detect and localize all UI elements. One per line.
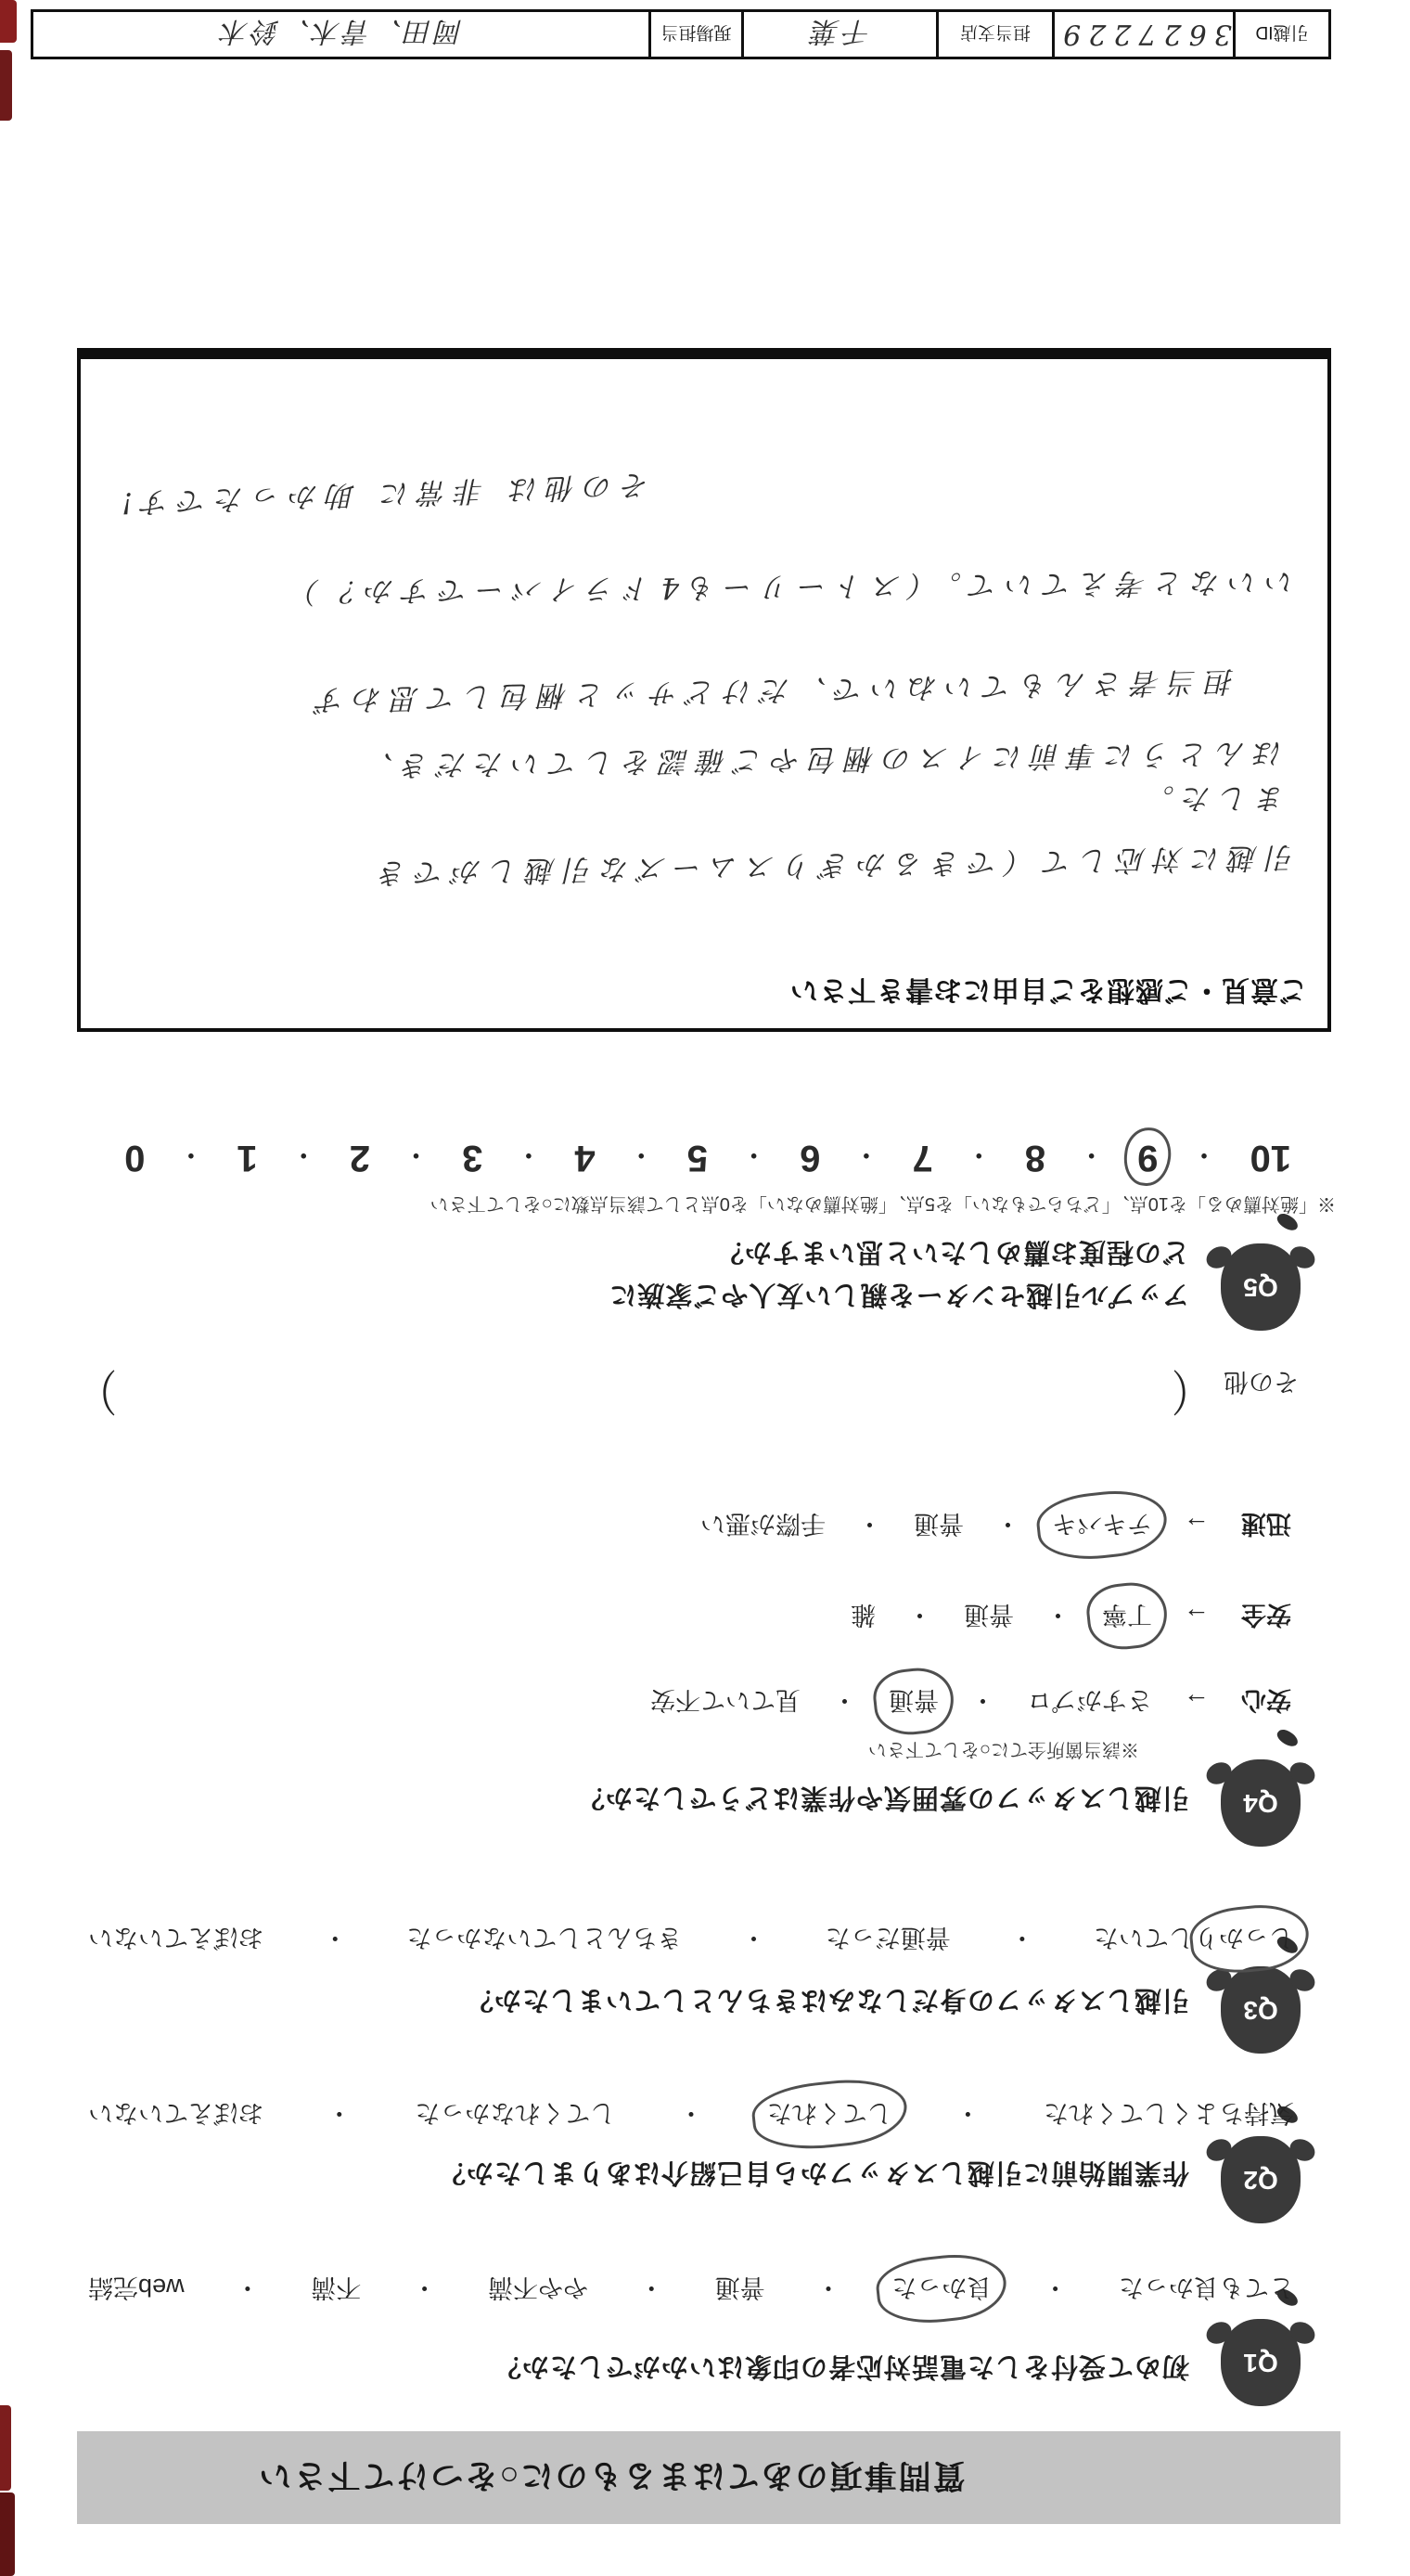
option-separator: ・ bbox=[323, 1922, 348, 1958]
question-icon-label: Q5 bbox=[1243, 1272, 1277, 1302]
arrow-right-icon: → bbox=[1184, 1603, 1210, 1632]
handwriting-line: 担当者さんもていねいで、だけどサッと梱包して思わず bbox=[308, 663, 1235, 725]
arrow-right-icon: → bbox=[1184, 1512, 1210, 1541]
option-separator: ・ bbox=[235, 2272, 260, 2308]
question-icon-q1: Q1 bbox=[1221, 2319, 1301, 2406]
question-note-q5: ※「絶対薦める」を10点、「どちらでもない」を5点、「絶対薦めない」を0点として… bbox=[430, 1192, 1336, 1219]
question-icon-q2: Q2 bbox=[1221, 2136, 1301, 2223]
question-title-q5-line1: アップル引越センターを親しい友人やご家族に bbox=[609, 1278, 1189, 1316]
option: してくれなかった bbox=[415, 2097, 615, 2133]
paren-open: （ bbox=[1172, 1359, 1211, 1429]
question-icon-label: Q1 bbox=[1243, 2348, 1277, 2377]
option-separator: ・ bbox=[857, 1508, 882, 1544]
nps-number: 7 bbox=[912, 1137, 932, 1179]
q4-other-row: その他（） bbox=[78, 1366, 1299, 1422]
question-title-q5-line2: どの程度お薦めしたいと思いますか？ bbox=[716, 1235, 1189, 1273]
nps-number: 4 bbox=[574, 1137, 595, 1179]
footer-value: 岡田、青木、鈴木 bbox=[33, 12, 651, 57]
question-title-q3: 引越しスタッフの身だしなみはきちんとしていましたか？ bbox=[466, 1983, 1189, 2021]
option-separator: ・ bbox=[515, 1138, 543, 1179]
option-separator: ・ bbox=[327, 2097, 352, 2133]
nps-number: 6 bbox=[800, 1137, 820, 1179]
question-icon-q4: Q4 bbox=[1221, 1759, 1301, 1847]
question-icon-q3: Q3 bbox=[1221, 1966, 1301, 2054]
option: おぼえていない bbox=[88, 2097, 263, 2133]
q4-row-迅速: 迅速→テキパキ・普通・手際が悪い bbox=[700, 1508, 1291, 1544]
mascot-tail-icon bbox=[1275, 1726, 1301, 1750]
option-separator: ・ bbox=[679, 2097, 704, 2133]
footer-value: 千葉 bbox=[744, 12, 939, 57]
q4-row-安全: 安全→丁寧・普通・雑 bbox=[851, 1599, 1291, 1635]
question-icon-q5: Q5 bbox=[1221, 1243, 1301, 1331]
option: 手際が悪い bbox=[700, 1508, 826, 1544]
option-separator: ・ bbox=[852, 1138, 880, 1179]
option-separator: ・ bbox=[740, 1138, 768, 1179]
nps-number: 5 bbox=[687, 1137, 708, 1179]
option-separator: ・ bbox=[289, 1138, 317, 1179]
option-separator: ・ bbox=[1190, 1138, 1218, 1179]
question-title-q2: 作業開始前に引越しスタッフから自己紹介はありましたか？ bbox=[438, 2156, 1189, 2194]
q4-row-安心: 安心→さすがプロ・普通・見ていて不安 bbox=[650, 1684, 1291, 1720]
options-row-q1: とても良かった・良かった・普通・やや不満・不満・web完結 bbox=[88, 2272, 1294, 2308]
scan-edge-artifact bbox=[0, 50, 12, 121]
circled-option: 普通 bbox=[889, 1684, 939, 1720]
other-label: その他 bbox=[1224, 1366, 1299, 1402]
option: 普通 bbox=[914, 1508, 964, 1544]
footer-value: 3627229 bbox=[1055, 12, 1236, 57]
nps-number: 1 bbox=[237, 1137, 257, 1179]
q4-row-label: 安心 bbox=[1241, 1684, 1291, 1720]
option-separator: ・ bbox=[955, 2097, 981, 2133]
option: 普通 bbox=[715, 2272, 765, 2308]
option: 不満 bbox=[311, 2272, 361, 2308]
scan-edge-artifact bbox=[0, 0, 17, 43]
option: さすがプロ bbox=[1027, 1684, 1152, 1720]
option-separator: ・ bbox=[907, 1599, 932, 1635]
option-separator: ・ bbox=[1045, 1599, 1070, 1635]
comment-box: ご意見・ご感想をご自由にお書き下さい 引越に対応して（できるかぎりスムーズな引越… bbox=[77, 348, 1331, 1032]
option: おぼえていない bbox=[88, 1922, 263, 1958]
footer-label: 現場担当 bbox=[651, 12, 744, 57]
option-separator: ・ bbox=[1009, 1922, 1034, 1958]
option: 普通 bbox=[964, 1599, 1014, 1635]
nps-circled-number: 9 bbox=[1137, 1137, 1158, 1179]
circled-option: 丁寧 bbox=[1102, 1599, 1152, 1635]
option: web完結 bbox=[88, 2272, 185, 2308]
comment-box-header: ご意見・ご感想をご自由にお書き下さい bbox=[789, 972, 1307, 1013]
circled-option: 良かった bbox=[891, 2272, 992, 2308]
option: とても良かった bbox=[1119, 2272, 1294, 2308]
option-separator: ・ bbox=[412, 2272, 437, 2308]
option-separator: ・ bbox=[995, 1508, 1020, 1544]
handwriting-line: ました。 bbox=[1137, 780, 1286, 822]
question-note-q4: ※該当箇所全てに○をして下さい bbox=[868, 1738, 1139, 1765]
footer-label: 担当支店 bbox=[939, 12, 1055, 57]
options-row-q2: 気持ちよくしてくれた・してくれた・してくれなかった・おぼえていない bbox=[88, 2097, 1294, 2133]
question-icon-label: Q3 bbox=[1243, 1995, 1277, 2025]
option: 普通だった bbox=[826, 1922, 951, 1958]
circled-option: テキパキ bbox=[1052, 1508, 1152, 1544]
option-separator: ・ bbox=[965, 1138, 993, 1179]
question-icon-label: Q2 bbox=[1243, 2165, 1277, 2195]
option-separator: ・ bbox=[1078, 1138, 1106, 1179]
option-separator: ・ bbox=[627, 1138, 655, 1179]
scanned-survey-sheet: 質問事項のあてはまるものに○をつけて下さい ご意見・ご感想をご自由にお書き下さい… bbox=[0, 0, 1410, 2576]
q4-row-label: 安全 bbox=[1241, 1599, 1291, 1635]
footer-id-table: 引越ID3627229担当支店千葉現場担当岡田、青木、鈴木 bbox=[31, 9, 1331, 59]
question-icon-label: Q4 bbox=[1243, 1788, 1277, 1818]
handwriting-line: いいなと考えていて。（ストーリーも4ドライバーですか？） bbox=[283, 563, 1295, 615]
instruction-bar: 質問事項のあてはまるものに○をつけて下さい bbox=[77, 2431, 1340, 2524]
question-title-q4: 引越しスタッフの雰囲気や作業はどうでしたか？ bbox=[577, 1781, 1189, 1819]
option-separator: ・ bbox=[403, 1138, 430, 1179]
nps-number: 2 bbox=[350, 1137, 370, 1179]
nps-number: 8 bbox=[1025, 1137, 1045, 1179]
option-separator: ・ bbox=[177, 1138, 205, 1179]
q4-row-label: 迅速 bbox=[1241, 1508, 1291, 1544]
option: 見ていて不安 bbox=[650, 1684, 801, 1720]
handwriting-line: 引越に対応して（できるかぎりスムーズな引越しができ bbox=[370, 839, 1296, 896]
flipped-page-content: 質問事項のあてはまるものに○をつけて下さい ご意見・ご感想をご自由にお書き下さい… bbox=[0, 0, 1410, 2576]
option-separator: ・ bbox=[741, 1922, 766, 1958]
option-separator: ・ bbox=[832, 1684, 857, 1720]
arrow-right-icon: → bbox=[1184, 1688, 1210, 1718]
nps-number: 10 bbox=[1250, 1137, 1292, 1179]
scan-edge-artifact bbox=[0, 2492, 15, 2576]
nps-scale: 10・9・8・7・6・5・4・3・2・1・0 bbox=[124, 1137, 1291, 1179]
option: 気持ちよくしてくれた bbox=[1044, 2097, 1294, 2133]
scan-edge-artifact bbox=[0, 2405, 11, 2491]
options-row-q3: しっかりしていた・普通だった・きちんとしていなかった・おぼえていない bbox=[88, 1922, 1294, 1958]
nps-number: 0 bbox=[124, 1137, 145, 1179]
handwriting-line: その他は 非常に 助かったです! bbox=[112, 467, 650, 527]
option: やや不満 bbox=[488, 2272, 588, 2308]
question-title-q1: 初めて受付をした電話対応者の印象はいかがでしたか？ bbox=[493, 2350, 1189, 2388]
option-separator: ・ bbox=[815, 2272, 840, 2308]
option-separator: ・ bbox=[639, 2272, 664, 2308]
circled-option: してくれた bbox=[767, 2097, 892, 2133]
option-separator: ・ bbox=[970, 1684, 995, 1720]
footer-label: 引越ID bbox=[1236, 12, 1328, 57]
circled-option: しっかりしていた bbox=[1094, 1922, 1294, 1958]
paren-close: ） bbox=[78, 1359, 117, 1429]
option-separator: ・ bbox=[1043, 2272, 1068, 2308]
option: きちんとしていなかった bbox=[406, 1922, 682, 1958]
option: 雑 bbox=[851, 1599, 876, 1635]
nps-number: 3 bbox=[462, 1137, 482, 1179]
